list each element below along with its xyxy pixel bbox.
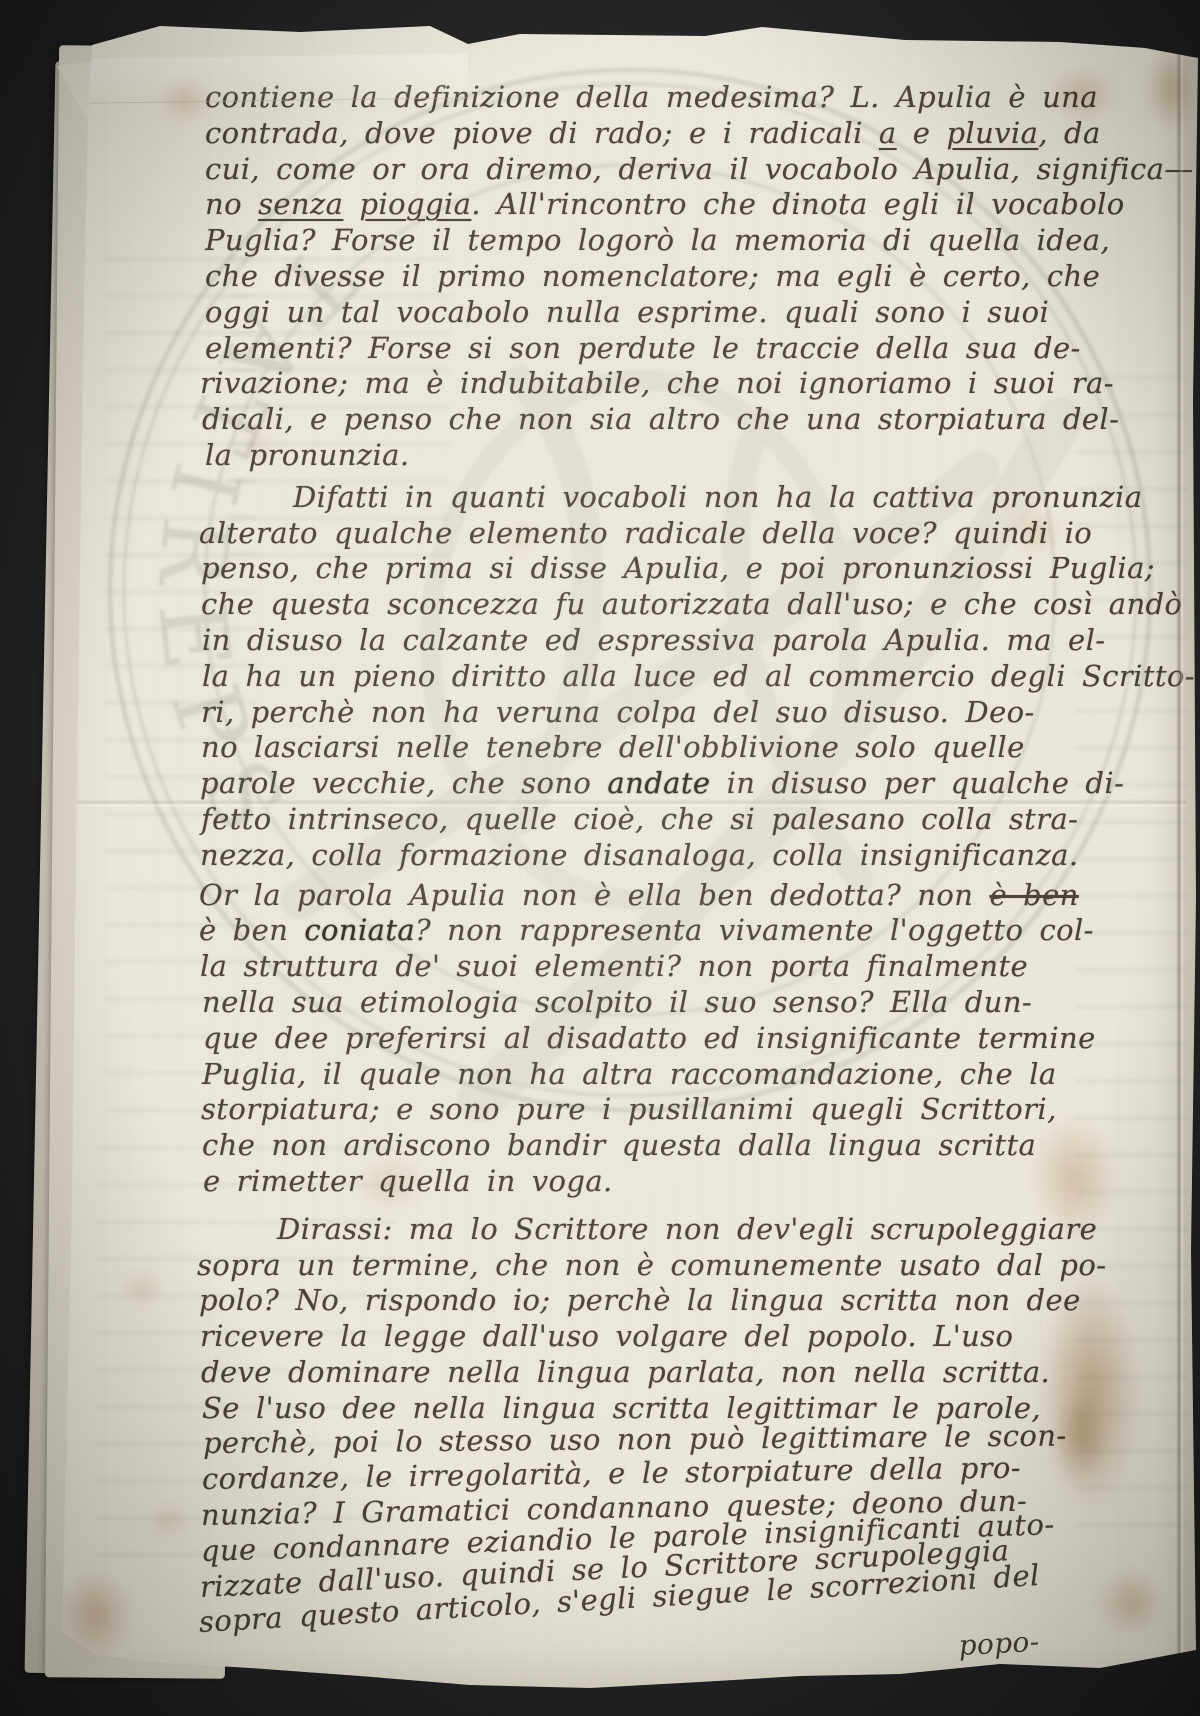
text-run: è ben [199, 913, 304, 947]
manuscript-line: Puglia, il quale non ha altra raccomanda… [202, 1057, 1177, 1093]
text-run: nezza, colla formazione disanaloga, coll… [200, 838, 1079, 872]
manuscript-line: che non ardiscono bandir questa dalla li… [202, 1128, 1177, 1164]
manuscript-line: oggi un tal vocabolo nulla esprime. qual… [205, 295, 1180, 331]
text-run: pioggia [359, 187, 471, 221]
manuscript-line: polo? No, rispondo io; perchè la lingua … [199, 1283, 1174, 1319]
manuscript-line: che divesse il primo nomenclatore; ma eg… [205, 259, 1180, 295]
manuscript-line: Or la parola Apulia non è ella ben dedot… [199, 878, 1174, 914]
text-run: no [205, 187, 258, 221]
manuscript-line: alterato qualche elemento radicale della… [199, 516, 1174, 552]
manuscript-text: contiene la definizione della medesima? … [205, 80, 1180, 1676]
manuscript-line: no senza pioggia. All'rincontro che dino… [205, 187, 1180, 223]
manuscript-line: contrada, dove piove di rado; e i radica… [205, 116, 1180, 152]
manuscript-line: rivazione; ma è indubitabile, che noi ig… [200, 366, 1175, 402]
manuscript-line: in disuso la calzante ed espressiva paro… [202, 623, 1177, 659]
text-run: sopra un termine, che non è comunemente … [197, 1248, 1106, 1282]
text-run: fetto intrinseco, quelle cioè, che si pa… [201, 802, 1078, 836]
manuscript-line: que dee preferirsi al disadatto ed insig… [203, 1021, 1178, 1057]
text-run: , da [1038, 116, 1100, 150]
text-run: Or la parola Apulia non è ella ben dedot… [199, 878, 989, 912]
text-run: e rimetter quella in voga. [203, 1164, 613, 1198]
manuscript-line: nella sua etimologia scolpito il suo sen… [202, 985, 1177, 1021]
text-run: e [897, 116, 947, 150]
text-run: oggi un tal vocabolo nulla esprime. qual… [205, 295, 1049, 329]
text-run: ? non rappresenta vivamente l'oggetto co… [415, 913, 1094, 947]
text-run [343, 187, 359, 221]
text-run: deve dominare nella lingua parlata, non … [201, 1355, 1050, 1389]
text-run: storpiatura; e sono pure i pusillanimi q… [201, 1092, 1057, 1126]
text-run: Dirassi: ma lo Scrittore non dev'egli sc… [277, 1212, 1097, 1246]
manuscript-line: no lasciarsi nelle tenebre dell'obblivio… [201, 730, 1176, 766]
manuscript-line: penso, che prima si disse Apulia, e poi … [201, 551, 1176, 587]
manuscript-line: la struttura de' suoi elementi? non port… [200, 949, 1175, 985]
manuscript-line: storpiatura; e sono pure i pusillanimi q… [201, 1092, 1176, 1128]
text-run: Puglia, il quale non ha altra raccomanda… [202, 1057, 1057, 1091]
manuscript-line: cui, come or ora diremo, deriva il vocab… [205, 152, 1180, 188]
text-run: ricevere la legge dall'uso volgare del p… [200, 1319, 1013, 1353]
manuscript-page: SPERITAT contiene la definizione della m… [0, 0, 1200, 1716]
manuscript-line: ri, perchè non ha veruna colpa del suo d… [201, 695, 1176, 731]
text-run: in disuso per qualche di- [710, 766, 1124, 800]
text-run: la pronunzia. [205, 438, 409, 472]
manuscript-line: e rimetter quella in voga. [203, 1164, 1178, 1200]
manuscript-line: deve dominare nella lingua parlata, non … [201, 1355, 1176, 1391]
text-run: senza [258, 187, 343, 221]
text-run: che non ardiscono bandir questa dalla li… [202, 1128, 1036, 1162]
manuscript-line: Puglia? Forse il tempo logorò la memoria… [205, 223, 1180, 259]
text-run: polo? No, rispondo io; perchè la lingua … [199, 1283, 1081, 1317]
text-run: elementi? Forse si son perdute le tracci… [205, 331, 1081, 365]
text-run: in disuso la calzante ed espressiva paro… [202, 623, 1105, 657]
text-run: andate [607, 766, 710, 800]
manuscript-line: ricevere la legge dall'uso volgare del p… [200, 1319, 1175, 1355]
text-run: nella sua etimologia scolpito il suo sen… [202, 985, 1032, 1019]
manuscript-line: elementi? Forse si son perdute le tracci… [205, 331, 1180, 367]
text-run: contiene la definizione della medesima? … [205, 80, 1098, 114]
text-run: la struttura de' suoi elementi? non port… [200, 949, 1028, 983]
text-run: è ben [989, 878, 1078, 912]
text-run: Puglia? Forse il tempo logorò la memoria… [205, 223, 1110, 257]
manuscript-line: la ha un pieno diritto alla luce ed al c… [202, 659, 1177, 695]
text-run: cui, come or ora diremo, deriva il vocab… [205, 152, 1194, 186]
text-run: coniata [304, 913, 415, 947]
manuscript-line: dicali, e penso che non sia altro che un… [202, 402, 1177, 438]
text-run: que dee preferirsi al disadatto ed insig… [203, 1021, 1096, 1055]
manuscript-line: parole vecchie, che sono andate in disus… [200, 766, 1175, 802]
manuscript-line: contiene la definizione della medesima? … [205, 80, 1180, 116]
manuscript-line: che questa sconcezza fu autorizzata dall… [201, 587, 1176, 623]
manuscript-line: Difatti in quanti vocaboli non ha la cat… [205, 480, 1180, 516]
manuscript-line: sopra un termine, che non è comunemente … [197, 1248, 1172, 1284]
manuscript-line: nezza, colla formazione disanaloga, coll… [200, 838, 1175, 874]
text-run: la ha un pieno diritto alla luce ed al c… [202, 659, 1195, 693]
text-run: parole vecchie, che sono [200, 766, 607, 800]
manuscript-line: Dirassi: ma lo Scrittore non dev'egli sc… [197, 1212, 1172, 1248]
manuscript-line: è ben coniata? non rappresenta vivamente… [199, 913, 1174, 949]
manuscript-line: fetto intrinseco, quelle cioè, che si pa… [201, 802, 1176, 838]
text-run: penso, che prima si disse Apulia, e poi … [201, 551, 1155, 585]
text-run: a [879, 116, 897, 150]
manuscript-line: la pronunzia. [205, 438, 1180, 474]
text-run: contrada, dove piove di rado; e i radica… [205, 116, 879, 150]
text-run: rivazione; ma è indubitabile, che noi ig… [200, 366, 1114, 400]
text-run: che questa sconcezza fu autorizzata dall… [201, 587, 1182, 621]
text-run: dicali, e penso che non sia altro che un… [202, 402, 1119, 436]
text-run: alterato qualche elemento radicale della… [199, 516, 1092, 550]
text-run: ri, perchè non ha veruna colpa del suo d… [201, 695, 1035, 729]
text-run: pluvia [946, 116, 1038, 150]
text-run: che divesse il primo nomenclatore; ma eg… [205, 259, 1100, 293]
text-run: . All'rincontro che dinota egli il vocab… [471, 187, 1124, 221]
text-run: no lasciarsi nelle tenebre dell'obblivio… [201, 730, 1025, 764]
text-run: Difatti in quanti vocaboli non ha la cat… [293, 480, 1142, 514]
photo-background: SPERITAT contiene la definizione della m… [0, 0, 1200, 1716]
